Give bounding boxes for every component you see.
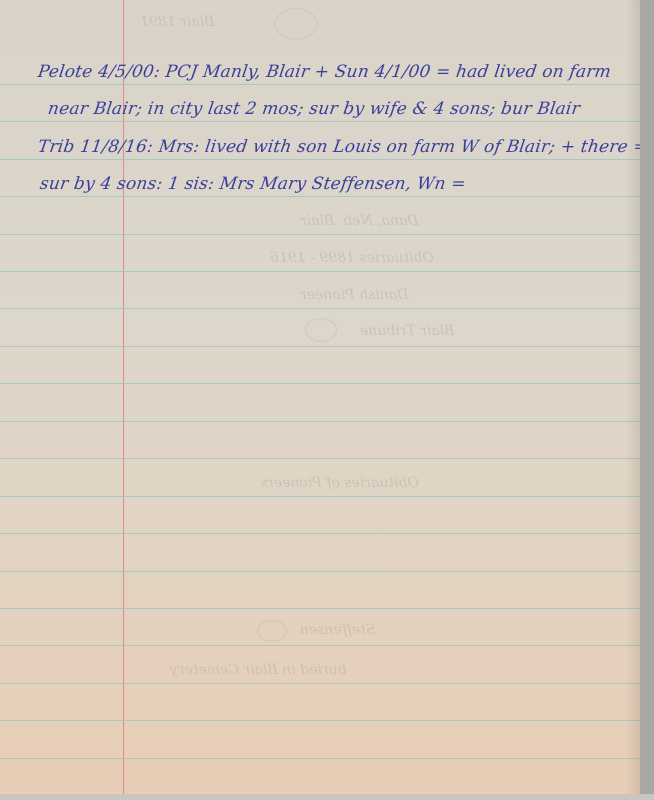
- handwritten-line-3: Trib 11/8/16: Mrs: lived with son Louis …: [37, 137, 640, 157]
- ruled-line: [0, 458, 640, 459]
- bleed-through-text: Blair 1891: [140, 14, 214, 30]
- ruled-line: [0, 720, 640, 721]
- bleed-through-circle: [275, 8, 317, 40]
- scanner-background: [0, 794, 654, 800]
- ruled-line: [0, 645, 640, 646]
- red-margin-line: [123, 0, 124, 794]
- handwritten-line-1: Pelote 4/5/00: PCJ Manly, Blair + Sun 4/…: [37, 62, 613, 82]
- bleed-through-text: Steffensen: [300, 622, 375, 638]
- ruled-line: [0, 271, 640, 272]
- bleed-through-text: Blair Tribune: [360, 323, 455, 339]
- ruled-line: [0, 571, 640, 572]
- handwritten-line-4: sur by 4 sons: 1 sis: Mrs Mary Steffense…: [39, 174, 468, 194]
- bleed-through-text: Dana, Neb. Blair: [300, 213, 419, 229]
- ruled-line: [0, 683, 640, 684]
- ruled-line: [0, 121, 640, 122]
- bleed-through-text: Danish Pioneer: [300, 287, 408, 303]
- ruled-line: [0, 346, 640, 347]
- ruled-line: [0, 496, 640, 497]
- bleed-through-circle: [257, 620, 287, 642]
- ruled-line: [0, 383, 640, 384]
- bleed-through-text: buried in Blair Cemetery: [170, 662, 347, 678]
- bleed-through-circle: [305, 318, 337, 342]
- ruled-line: [0, 758, 640, 759]
- ruled-line: [0, 608, 640, 609]
- ruled-line: [0, 196, 640, 197]
- ruled-line: [0, 159, 640, 160]
- bleed-through-text: Obituaries 1899 - 1916: [270, 250, 434, 266]
- ruled-line: [0, 234, 640, 235]
- ruled-line: [0, 84, 640, 85]
- notebook-page: Blair 1891 Dana, Neb. Blair Obituaries 1…: [0, 0, 640, 794]
- handwritten-line-2: near Blair; in city last 2 mos; sur by w…: [47, 99, 582, 119]
- bleed-through-text: Obituaries of Pioneers: [260, 475, 419, 491]
- ruled-line: [0, 421, 640, 422]
- ruled-line: [0, 533, 640, 534]
- ruled-line: [0, 308, 640, 309]
